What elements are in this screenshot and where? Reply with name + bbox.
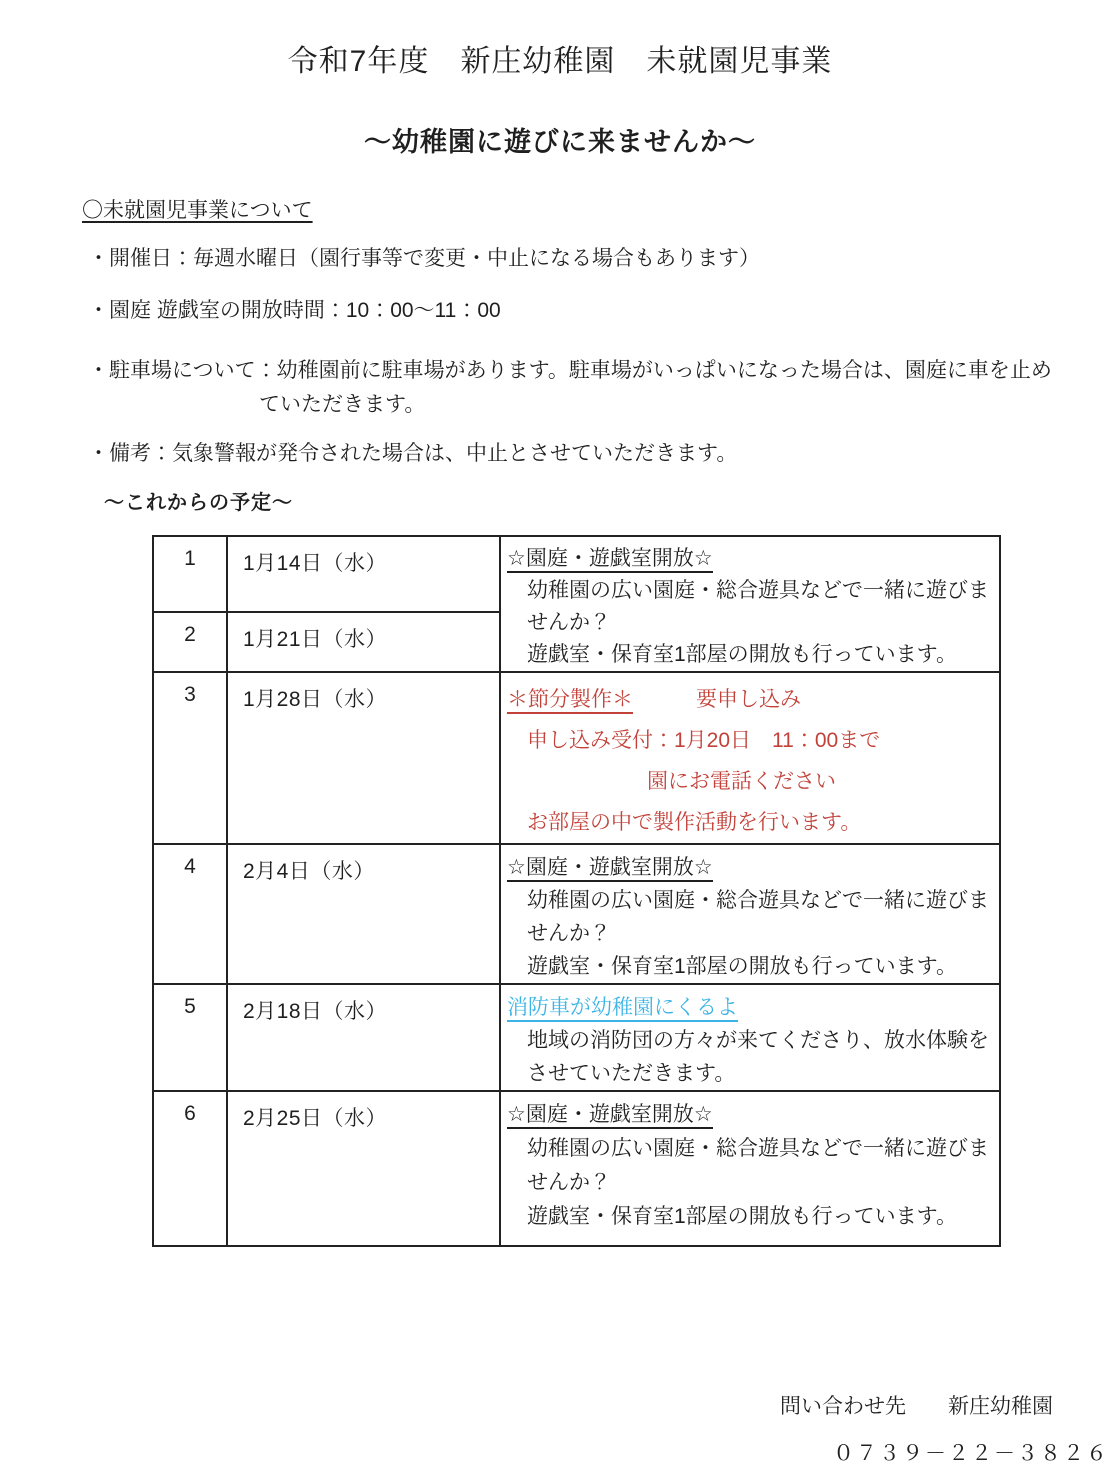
bullet-line: ・園庭 遊戯室の開放時間：10：00～11：00	[88, 294, 501, 328]
contact-label: 問い合わせ先	[780, 1395, 906, 1418]
detail-text: せんか？	[527, 922, 611, 945]
row-number-cell: 6	[153, 1091, 227, 1246]
detail-text: 園にお電話ください	[647, 770, 836, 793]
row-date-cell: 1月28日（水）	[227, 672, 500, 844]
detail-line: ＊節分製作＊ 要申し込み	[507, 679, 997, 720]
row-date-cell: 2月4日（水）	[227, 844, 500, 984]
bullet-line: ・駐車場について：幼稚園前に駐車場があります。駐車場がいっぱいになった場合は、園…	[88, 354, 1052, 388]
detail-text: 申し込み受付：1月20日 11：00まで	[527, 729, 880, 752]
detail-line: ☆園庭・遊戯室開放☆	[507, 851, 997, 884]
schedule-table: 11月14日（水）☆園庭・遊戯室開放☆幼稚園の広い園庭・総合遊具などで一緒に遊び…	[152, 535, 1001, 1247]
detail-line: 幼稚園の広い園庭・総合遊具などで一緒に遊びま	[507, 884, 997, 917]
row-number-cell: 4	[153, 844, 227, 984]
table-row: 62月25日（水）☆園庭・遊戯室開放☆幼稚園の広い園庭・総合遊具などで一緒に遊び…	[153, 1091, 1000, 1246]
page-title: 令和7年度 新庄幼稚園 未就園児事業	[0, 36, 1120, 80]
detail-line: 幼稚園の広い園庭・総合遊具などで一緒に遊びま	[507, 1132, 997, 1166]
row-number-cell: 1	[153, 536, 227, 612]
detail-line: させていただきます。	[507, 1057, 997, 1090]
row-number-cell: 3	[153, 672, 227, 844]
phone-number: ０７３９－２２－３８２６	[833, 1437, 1109, 1467]
detail-line: せんか？	[507, 917, 997, 950]
detail-text: 幼稚園の広い園庭・総合遊具などで一緒に遊びま	[527, 579, 989, 602]
detail-heading-text: ＊節分製作＊	[507, 688, 633, 714]
detail-text: させていただきます。	[527, 1062, 735, 1085]
detail-line: 地域の消防団の方々が来てくださり、放水体験を	[507, 1024, 997, 1057]
row-date-cell: 2月18日（水）	[227, 984, 500, 1091]
contact-line: 問い合わせ先 新庄幼稚園	[780, 1390, 1053, 1420]
detail-heading-text: ☆園庭・遊戯室開放☆	[507, 1103, 713, 1129]
detail-heading-text: ☆園庭・遊戯室開放☆	[507, 547, 713, 573]
detail-text: 地域の消防団の方々が来てくださり、放水体験を	[527, 1029, 989, 1052]
table-row: 11月14日（水）☆園庭・遊戯室開放☆幼稚園の広い園庭・総合遊具などで一緒に遊び…	[153, 536, 1000, 612]
row-number-cell: 5	[153, 984, 227, 1091]
detail-heading-text: 消防車が幼稚園にくるよ	[507, 996, 738, 1022]
bullet-item: ・備考：気象警報が発令された場合は、中止とさせていただきます。	[88, 437, 737, 471]
row-date-cell: 2月25日（水）	[227, 1091, 500, 1246]
document-page: 令和7年度 新庄幼稚園 未就園児事業 ～幼稚園に遊びに来ませんか～ 〇未就園児事…	[0, 0, 1120, 1476]
detail-line: せんか？	[507, 1166, 997, 1200]
detail-line: 幼稚園の広い園庭・総合遊具などで一緒に遊びま	[507, 575, 997, 607]
detail-line: ☆園庭・遊戯室開放☆	[507, 543, 997, 575]
detail-line: 消防車が幼稚園にくるよ	[507, 991, 997, 1024]
detail-text: 遊戯室・保育室1部屋の開放も行っています。	[527, 1205, 957, 1228]
detail-text: お部屋の中で製作活動を行います。	[527, 811, 861, 834]
contact-gap	[906, 1395, 948, 1418]
table-row: 52月18日（水）消防車が幼稚園にくるよ地域の消防団の方々が来てくださり、放水体…	[153, 984, 1000, 1091]
detail-text: 遊戯室・保育室1部屋の開放も行っています。	[527, 643, 957, 666]
detail-text: 遊戯室・保育室1部屋の開放も行っています。	[527, 955, 957, 978]
detail-text: せんか？	[527, 611, 611, 634]
row-detail-cell: ☆園庭・遊戯室開放☆幼稚園の広い園庭・総合遊具などで一緒に遊びませんか？遊戯室・…	[500, 1091, 1000, 1246]
row-detail-cell: ☆園庭・遊戯室開放☆幼稚園の広い園庭・総合遊具などで一緒に遊びませんか？遊戯室・…	[500, 536, 1000, 672]
bullet-line: ていただきます。	[88, 388, 1052, 422]
bullet-item: ・園庭 遊戯室の開放時間：10：00～11：00	[88, 294, 501, 328]
schedule-heading: ～これからの予定～	[104, 486, 293, 515]
detail-text: 幼稚園の広い園庭・総合遊具などで一緒に遊びま	[527, 1137, 989, 1160]
detail-line: 遊戯室・保育室1部屋の開放も行っています。	[507, 950, 997, 983]
section-heading: 〇未就園児事業について	[82, 194, 313, 224]
table-row: 31月28日（水）＊節分製作＊ 要申し込み申し込み受付：1月20日 11：00ま…	[153, 672, 1000, 844]
row-detail-cell: ＊節分製作＊ 要申し込み申し込み受付：1月20日 11：00まで園にお電話くださ…	[500, 672, 1000, 844]
detail-line: 申し込み受付：1月20日 11：00まで	[507, 720, 997, 761]
detail-line: 遊戯室・保育室1部屋の開放も行っています。	[507, 639, 997, 671]
row-date-cell: 1月14日（水）	[227, 536, 500, 612]
row-detail-cell: ☆園庭・遊戯室開放☆幼稚園の広い園庭・総合遊具などで一緒に遊びませんか？遊戯室・…	[500, 844, 1000, 984]
row-date-cell: 1月21日（水）	[227, 612, 500, 672]
detail-text: 幼稚園の広い園庭・総合遊具などで一緒に遊びま	[527, 889, 989, 912]
detail-line: せんか？	[507, 607, 997, 639]
detail-line: お部屋の中で製作活動を行います。	[507, 802, 997, 843]
detail-line: 遊戯室・保育室1部屋の開放も行っています。	[507, 1200, 997, 1234]
detail-line: 園にお電話ください	[507, 761, 997, 802]
detail-text: 要申し込み	[633, 688, 801, 711]
row-number-cell: 2	[153, 612, 227, 672]
contact-name: 新庄幼稚園	[948, 1395, 1053, 1418]
detail-line: ☆園庭・遊戯室開放☆	[507, 1098, 997, 1132]
bullet-line: ・備考：気象警報が発令された場合は、中止とさせていただきます。	[88, 437, 737, 471]
page-subtitle: ～幼稚園に遊びに来ませんか～	[0, 120, 1120, 159]
bullet-item: ・駐車場について：幼稚園前に駐車場があります。駐車場がいっぱいになった場合は、園…	[88, 354, 1052, 422]
bullet-line: ・開催日：毎週水曜日（園行事等で変更・中止になる場合もあります）	[88, 242, 760, 276]
detail-heading-text: ☆園庭・遊戯室開放☆	[507, 856, 713, 882]
bullet-item: ・開催日：毎週水曜日（園行事等で変更・中止になる場合もあります）	[88, 242, 760, 276]
row-detail-cell: 消防車が幼稚園にくるよ地域の消防団の方々が来てくださり、放水体験をさせていただき…	[500, 984, 1000, 1091]
table-row: 42月4日（水）☆園庭・遊戯室開放☆幼稚園の広い園庭・総合遊具などで一緒に遊びま…	[153, 844, 1000, 984]
detail-text: せんか？	[527, 1171, 611, 1194]
